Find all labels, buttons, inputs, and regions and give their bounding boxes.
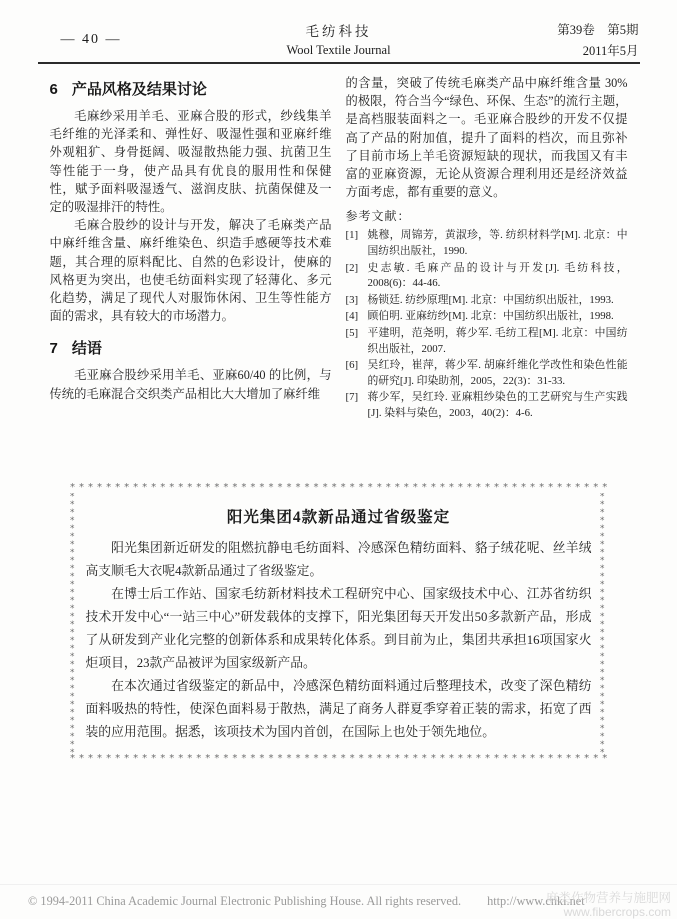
reference-text: 史志敏. 毛麻产品的设计与开发[J]. 毛纺科技，2008(6)：44-46. bbox=[368, 261, 628, 292]
page-header: — 40 — 毛纺科技 Wool Textile Journal 第39卷 第5… bbox=[39, 0, 639, 56]
reference-number: [7] bbox=[346, 390, 368, 421]
reference-number: [6] bbox=[346, 358, 368, 389]
volume-issue: 第39卷 第5期 bbox=[557, 20, 638, 38]
section-6-number: 6 bbox=[50, 81, 58, 98]
reference-text: 杨锁廷. 纺纱原理[M]. 北京：中国纺织出版社，1993. bbox=[368, 293, 628, 309]
journal-title-block: 毛纺科技 Wool Textile Journal bbox=[39, 20, 639, 58]
watermark: 麻类作物营养与施肥网 www.fibercrops.com bbox=[546, 891, 671, 919]
box-border-left: **************************************** bbox=[70, 493, 78, 754]
reference-text: 吴红玲，崔萍，蒋少军. 胡麻纤维化学改性和染色性能的研究[J]. 印染助剂，20… bbox=[368, 358, 628, 389]
reference-item: [1]姚穆，周锦芳，黄淑珍，等. 纺织材料学[M]. 北京：中国纺织出版社，19… bbox=[346, 228, 628, 259]
announcement-paragraph-3: 在本次通过省级鉴定的新品中，冷感深色精纺面料通过后整理技术，改变了深色精纺面料吸… bbox=[86, 675, 592, 744]
section-6-heading: 6产品风格及结果讨论 bbox=[50, 78, 332, 99]
section-6-paragraph-1: 毛麻纱采用羊毛、亚麻合股的形式，纱线集羊毛纤维的光泽柔和、弹性好、吸湿性强和亚麻… bbox=[50, 107, 332, 216]
issue-date: 2011年5月 bbox=[557, 41, 638, 59]
references-label: 参考文献： bbox=[346, 207, 628, 224]
reference-number: [4] bbox=[346, 309, 368, 325]
header-rule bbox=[38, 62, 640, 64]
section-7-number: 7 bbox=[50, 340, 58, 357]
reference-item: [5]平建明，范尧明，蒋少军. 毛纺工程[M]. 北京：中国纺织出版社，2007… bbox=[346, 326, 628, 357]
left-column: 6产品风格及结果讨论 毛麻纱采用羊毛、亚麻合股的形式，纱线集羊毛纤维的光泽柔和、… bbox=[50, 74, 332, 423]
reference-text: 蒋少军，吴红玲. 亚麻粗纱染色的工艺研究与生产实践[J]. 染料与染色，2003… bbox=[368, 390, 628, 421]
watermark-site-name: 麻类作物营养与施肥网 bbox=[546, 891, 671, 905]
reference-number: [5] bbox=[346, 326, 368, 357]
watermark-site-url: www.fibercrops.com bbox=[546, 905, 671, 919]
page-footer: © 1994-2011 China Academic Journal Elect… bbox=[0, 884, 677, 919]
copyright-text: © 1994-2011 China Academic Journal Elect… bbox=[28, 894, 461, 908]
box-border-right: **************************************** bbox=[600, 493, 608, 754]
reference-item: [2]史志敏. 毛麻产品的设计与开发[J]. 毛纺科技，2008(6)：44-4… bbox=[346, 261, 628, 292]
reference-text: 平建明，范尧明，蒋少军. 毛纺工程[M]. 北京：中国纺织出版社，2007. bbox=[368, 326, 628, 357]
journal-page: — 40 — 毛纺科技 Wool Textile Journal 第39卷 第5… bbox=[0, 0, 677, 919]
section-7-title: 结语 bbox=[72, 340, 102, 357]
reference-item: [6]吴红玲，崔萍，蒋少军. 胡麻纤维化学改性和染色性能的研究[J]. 印染助剂… bbox=[346, 358, 628, 389]
article-body: 6产品风格及结果讨论 毛麻纱采用羊毛、亚麻合股的形式，纱线集羊毛纤维的光泽柔和、… bbox=[50, 74, 628, 423]
section-6-title: 产品风格及结果讨论 bbox=[72, 81, 207, 98]
section-7-heading: 7结语 bbox=[50, 337, 332, 358]
section-6-paragraph-2: 毛麻合股纱的设计与开发，解决了毛麻类产品中麻纤维含量、麻纤维染色、织造手感硬等技… bbox=[50, 216, 332, 325]
reference-number: [1] bbox=[346, 228, 368, 259]
section-7-paragraph-right: 的含量，突破了传统毛麻类产品中麻纤维含量 30%的极限，符合当今“绿色、环保、生… bbox=[346, 74, 628, 201]
announcement-title: 阳光集团4款新品通过省级鉴定 bbox=[86, 505, 592, 527]
section-7-paragraph-left: 毛亚麻合股纱采用羊毛、亚麻60/40 的比例，与传统的毛麻混合交织类产品相比大大… bbox=[50, 366, 332, 402]
box-border-bottom: ****************************************… bbox=[70, 754, 608, 764]
announcement-box: ****************************************… bbox=[68, 483, 610, 764]
reference-number: [2] bbox=[346, 261, 368, 292]
announcement-paragraph-1: 阳光集团新近研发的阻燃抗静电毛纺面料、冷感深色精纺面料、貉子绒花呢、丝羊绒高支顺… bbox=[86, 537, 592, 583]
references-list: [1]姚穆，周锦芳，黄淑珍，等. 纺织材料学[M]. 北京：中国纺织出版社，19… bbox=[346, 228, 628, 421]
journal-title-cn: 毛纺科技 bbox=[39, 20, 639, 40]
reference-item: [7]蒋少军，吴红玲. 亚麻粗纱染色的工艺研究与生产实践[J]. 染料与染色，2… bbox=[346, 390, 628, 421]
reference-text: 顾伯明. 亚麻纺纱[M]. 北京：中国纺织出版社，1998. bbox=[368, 309, 628, 325]
issue-info-block: 第39卷 第5期 2011年5月 bbox=[557, 20, 638, 59]
reference-text: 姚穆，周锦芳，黄淑珍，等. 纺织材料学[M]. 北京：中国纺织出版社，1990. bbox=[368, 228, 628, 259]
reference-item: [4]顾伯明. 亚麻纺纱[M]. 北京：中国纺织出版社，1998. bbox=[346, 309, 628, 325]
copyright-line: © 1994-2011 China Academic Journal Elect… bbox=[28, 894, 585, 909]
reference-number: [3] bbox=[346, 293, 368, 309]
right-column: 的含量，突破了传统毛麻类产品中麻纤维含量 30%的极限，符合当今“绿色、环保、生… bbox=[346, 74, 628, 423]
box-border-top: ****************************************… bbox=[70, 483, 608, 493]
journal-title-en: Wool Textile Journal bbox=[39, 43, 639, 58]
announcement-paragraph-2: 在博士后工作站、国家毛纺新材料技术工程研究中心、国家级技术中心、江苏省纺织技术开… bbox=[86, 583, 592, 675]
reference-item: [3]杨锁廷. 纺纱原理[M]. 北京：中国纺织出版社，1993. bbox=[346, 293, 628, 309]
